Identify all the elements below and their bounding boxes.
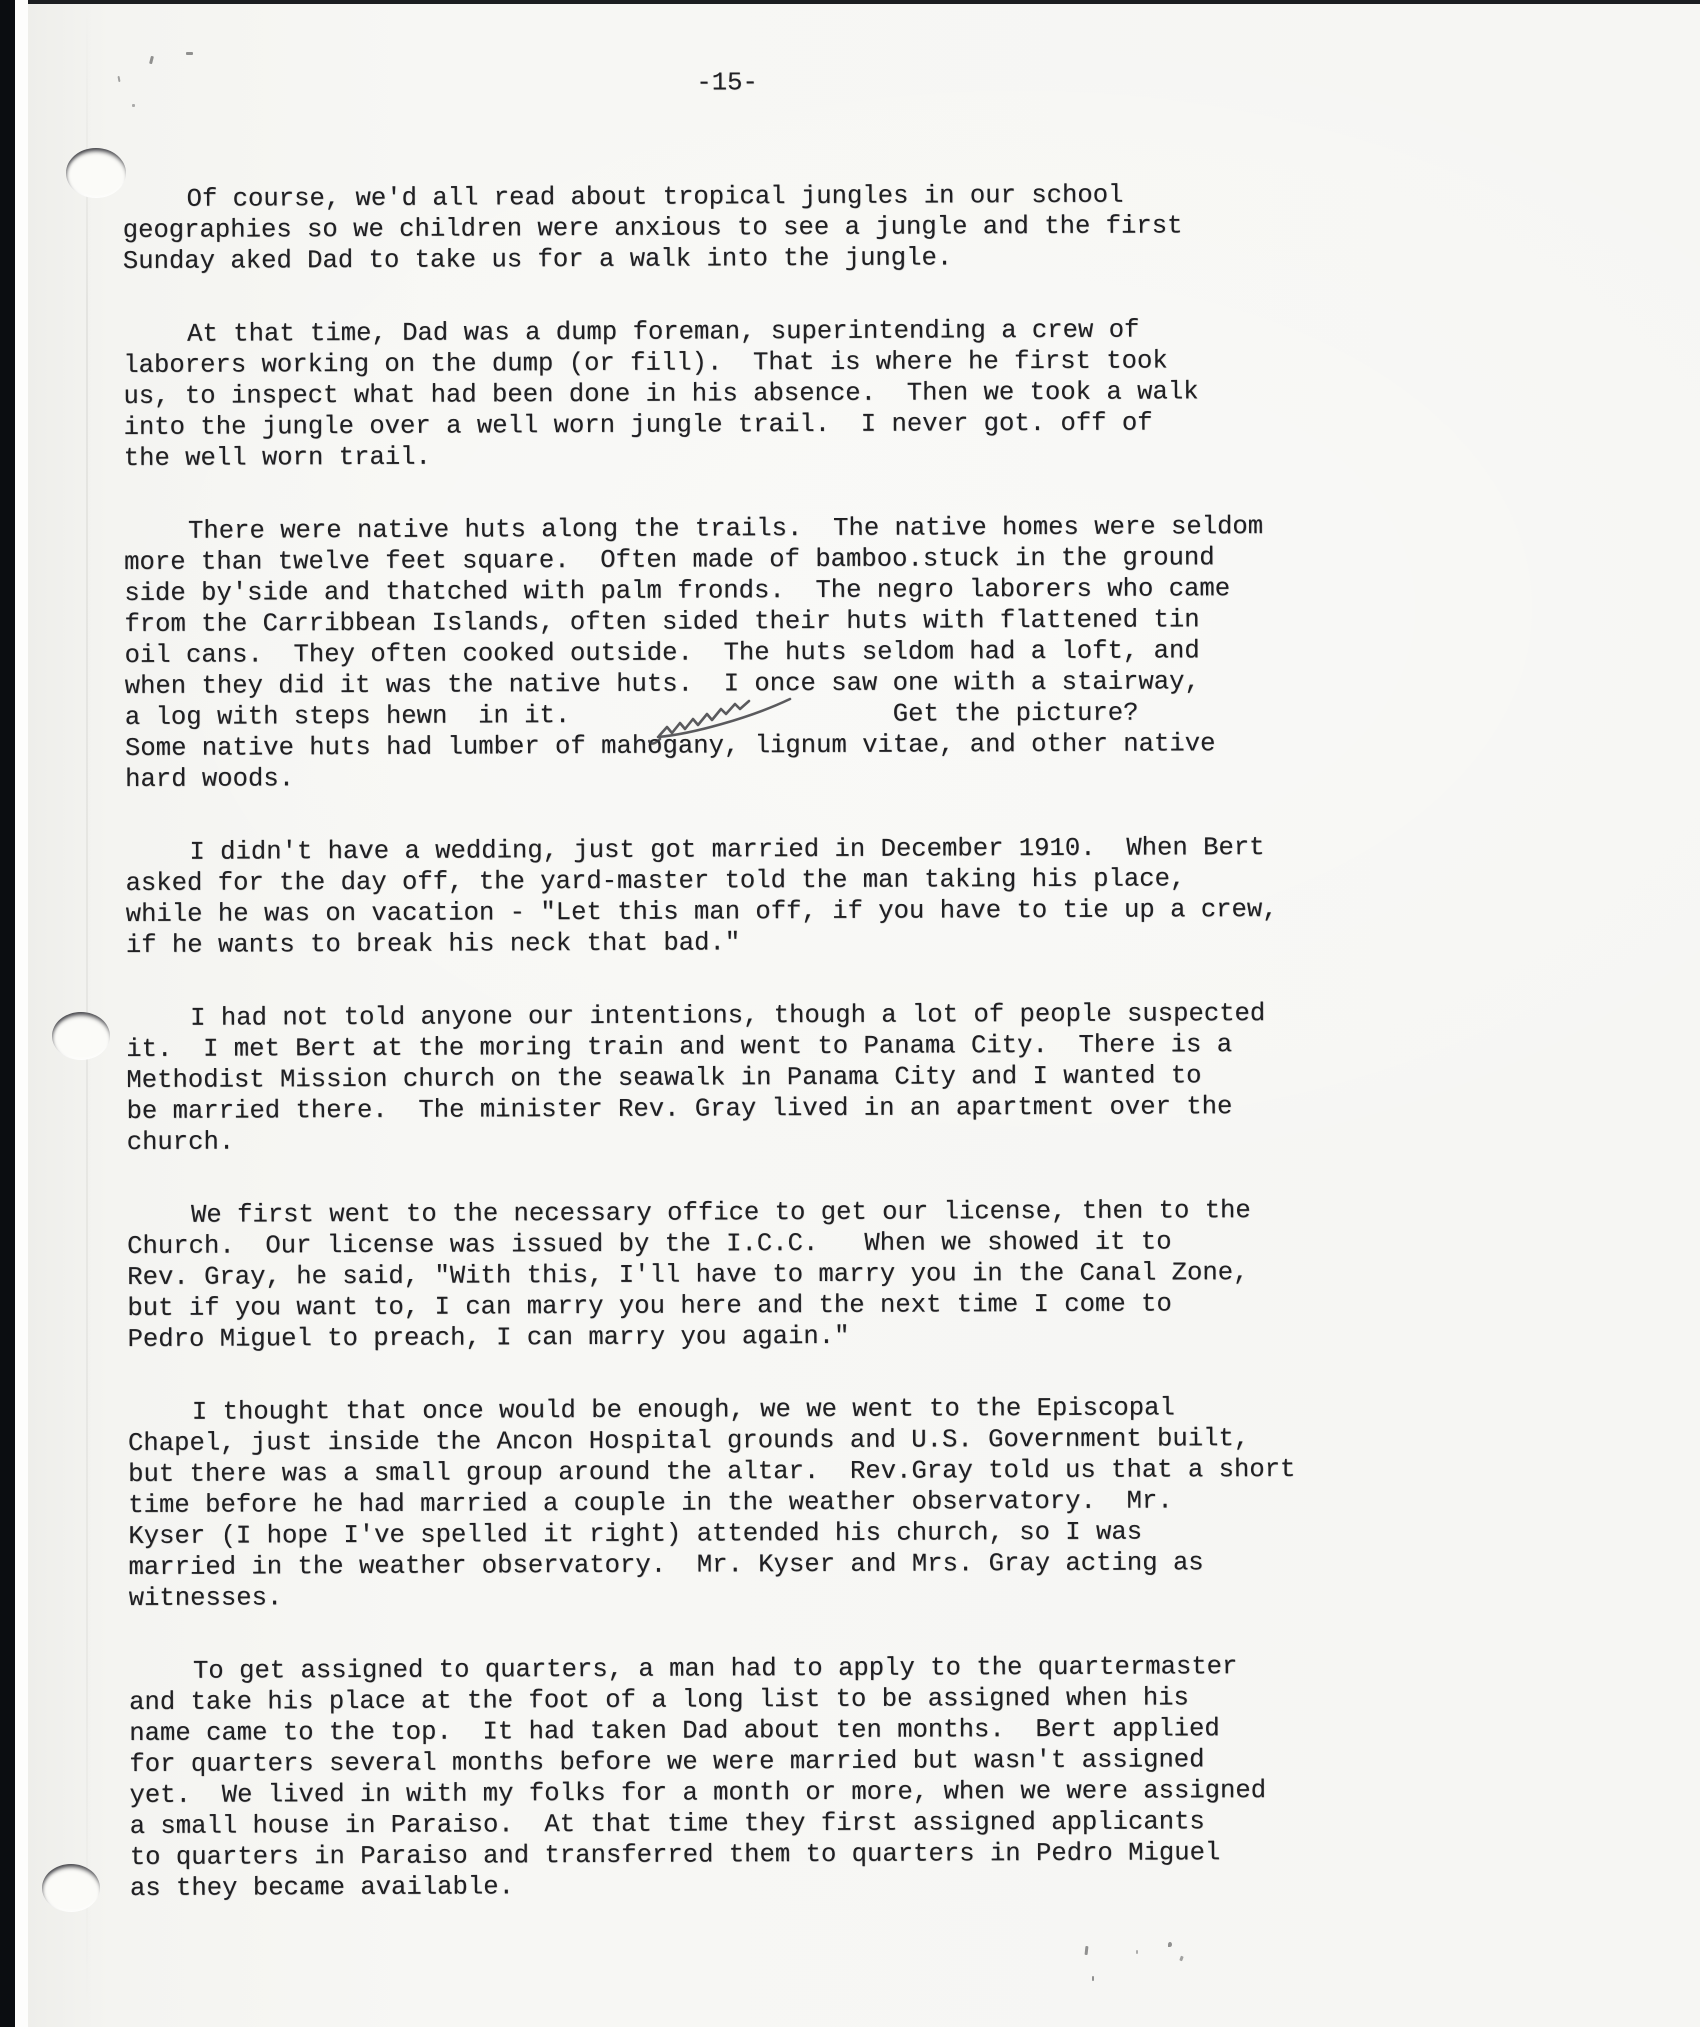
- pencil-mark: [1085, 1946, 1089, 1955]
- document-body: Of course, we'd all read about tropical …: [122, 179, 1339, 1904]
- text-line: into the jungle over a well worn jungle …: [123, 407, 1333, 443]
- text-line: witnesses.: [129, 1578, 1339, 1614]
- punch-hole: [66, 148, 126, 198]
- paragraph: I didn't have a wedding, just got marrie…: [125, 832, 1336, 961]
- paragraph: To get assigned to quarters, a man had t…: [129, 1651, 1340, 1904]
- ink-speck: [132, 104, 135, 107]
- text-line: if he wants to break his neck that bad.": [126, 925, 1336, 961]
- paragraph: I thought that once would be enough, we …: [128, 1392, 1339, 1614]
- paper-edge-highlight: [15, 0, 28, 2027]
- text-line: married in the weather observatory. Mr. …: [128, 1547, 1338, 1583]
- pencil-mark: [1136, 1950, 1138, 1954]
- text-line: while he was on vacation - "Let this man…: [126, 894, 1336, 930]
- text-line: the well worn trail.: [124, 438, 1334, 474]
- text-line: geographies so we children were anxious …: [123, 210, 1333, 246]
- text-line: as they became available.: [130, 1868, 1340, 1904]
- scan-edge-bar: [0, 0, 15, 2027]
- pencil-mark: [1168, 1942, 1172, 1947]
- text-line: to quarters in Paraiso and transferred t…: [130, 1837, 1340, 1873]
- handwritten-scribble: [648, 692, 798, 746]
- page-number: -15-: [122, 65, 1332, 101]
- punch-hole: [42, 1864, 100, 1912]
- punch-hole: [52, 1012, 110, 1060]
- ink-speck: [117, 76, 120, 82]
- paragraph: I had not told anyone our intentions, th…: [126, 998, 1337, 1158]
- scan-top-edge: [0, 0, 1700, 4]
- text-line: church.: [127, 1122, 1337, 1158]
- text-line: hard woods.: [125, 759, 1335, 795]
- text-line: Pedro Miguel to preach, I can marry you …: [127, 1319, 1337, 1355]
- text-line: time before he had married a couple in t…: [128, 1485, 1338, 1521]
- paragraph: We first went to the necessary office to…: [127, 1195, 1338, 1355]
- pencil-mark: [1092, 1976, 1094, 1981]
- ink-speck: [186, 52, 193, 55]
- typewritten-content: -15- Of course, we'd all read about trop…: [122, 65, 1340, 1946]
- pencil-mark: [1179, 1956, 1184, 1962]
- paragraph: At that time, Dad was a dump foreman, su…: [123, 314, 1334, 474]
- ink-speck: [149, 56, 154, 64]
- text-line: Sunday aked Dad to take us for a walk in…: [123, 241, 1333, 277]
- paragraph: Of course, we'd all read about tropical …: [122, 179, 1332, 277]
- text-line: but if you want to, I can marry you here…: [127, 1288, 1337, 1324]
- scanned-document-page: -15- Of course, we'd all read about trop…: [0, 0, 1700, 2027]
- text-line: be married there. The minister Rev. Gray…: [126, 1091, 1336, 1127]
- paragraph: There were native huts along the trails.…: [124, 511, 1335, 795]
